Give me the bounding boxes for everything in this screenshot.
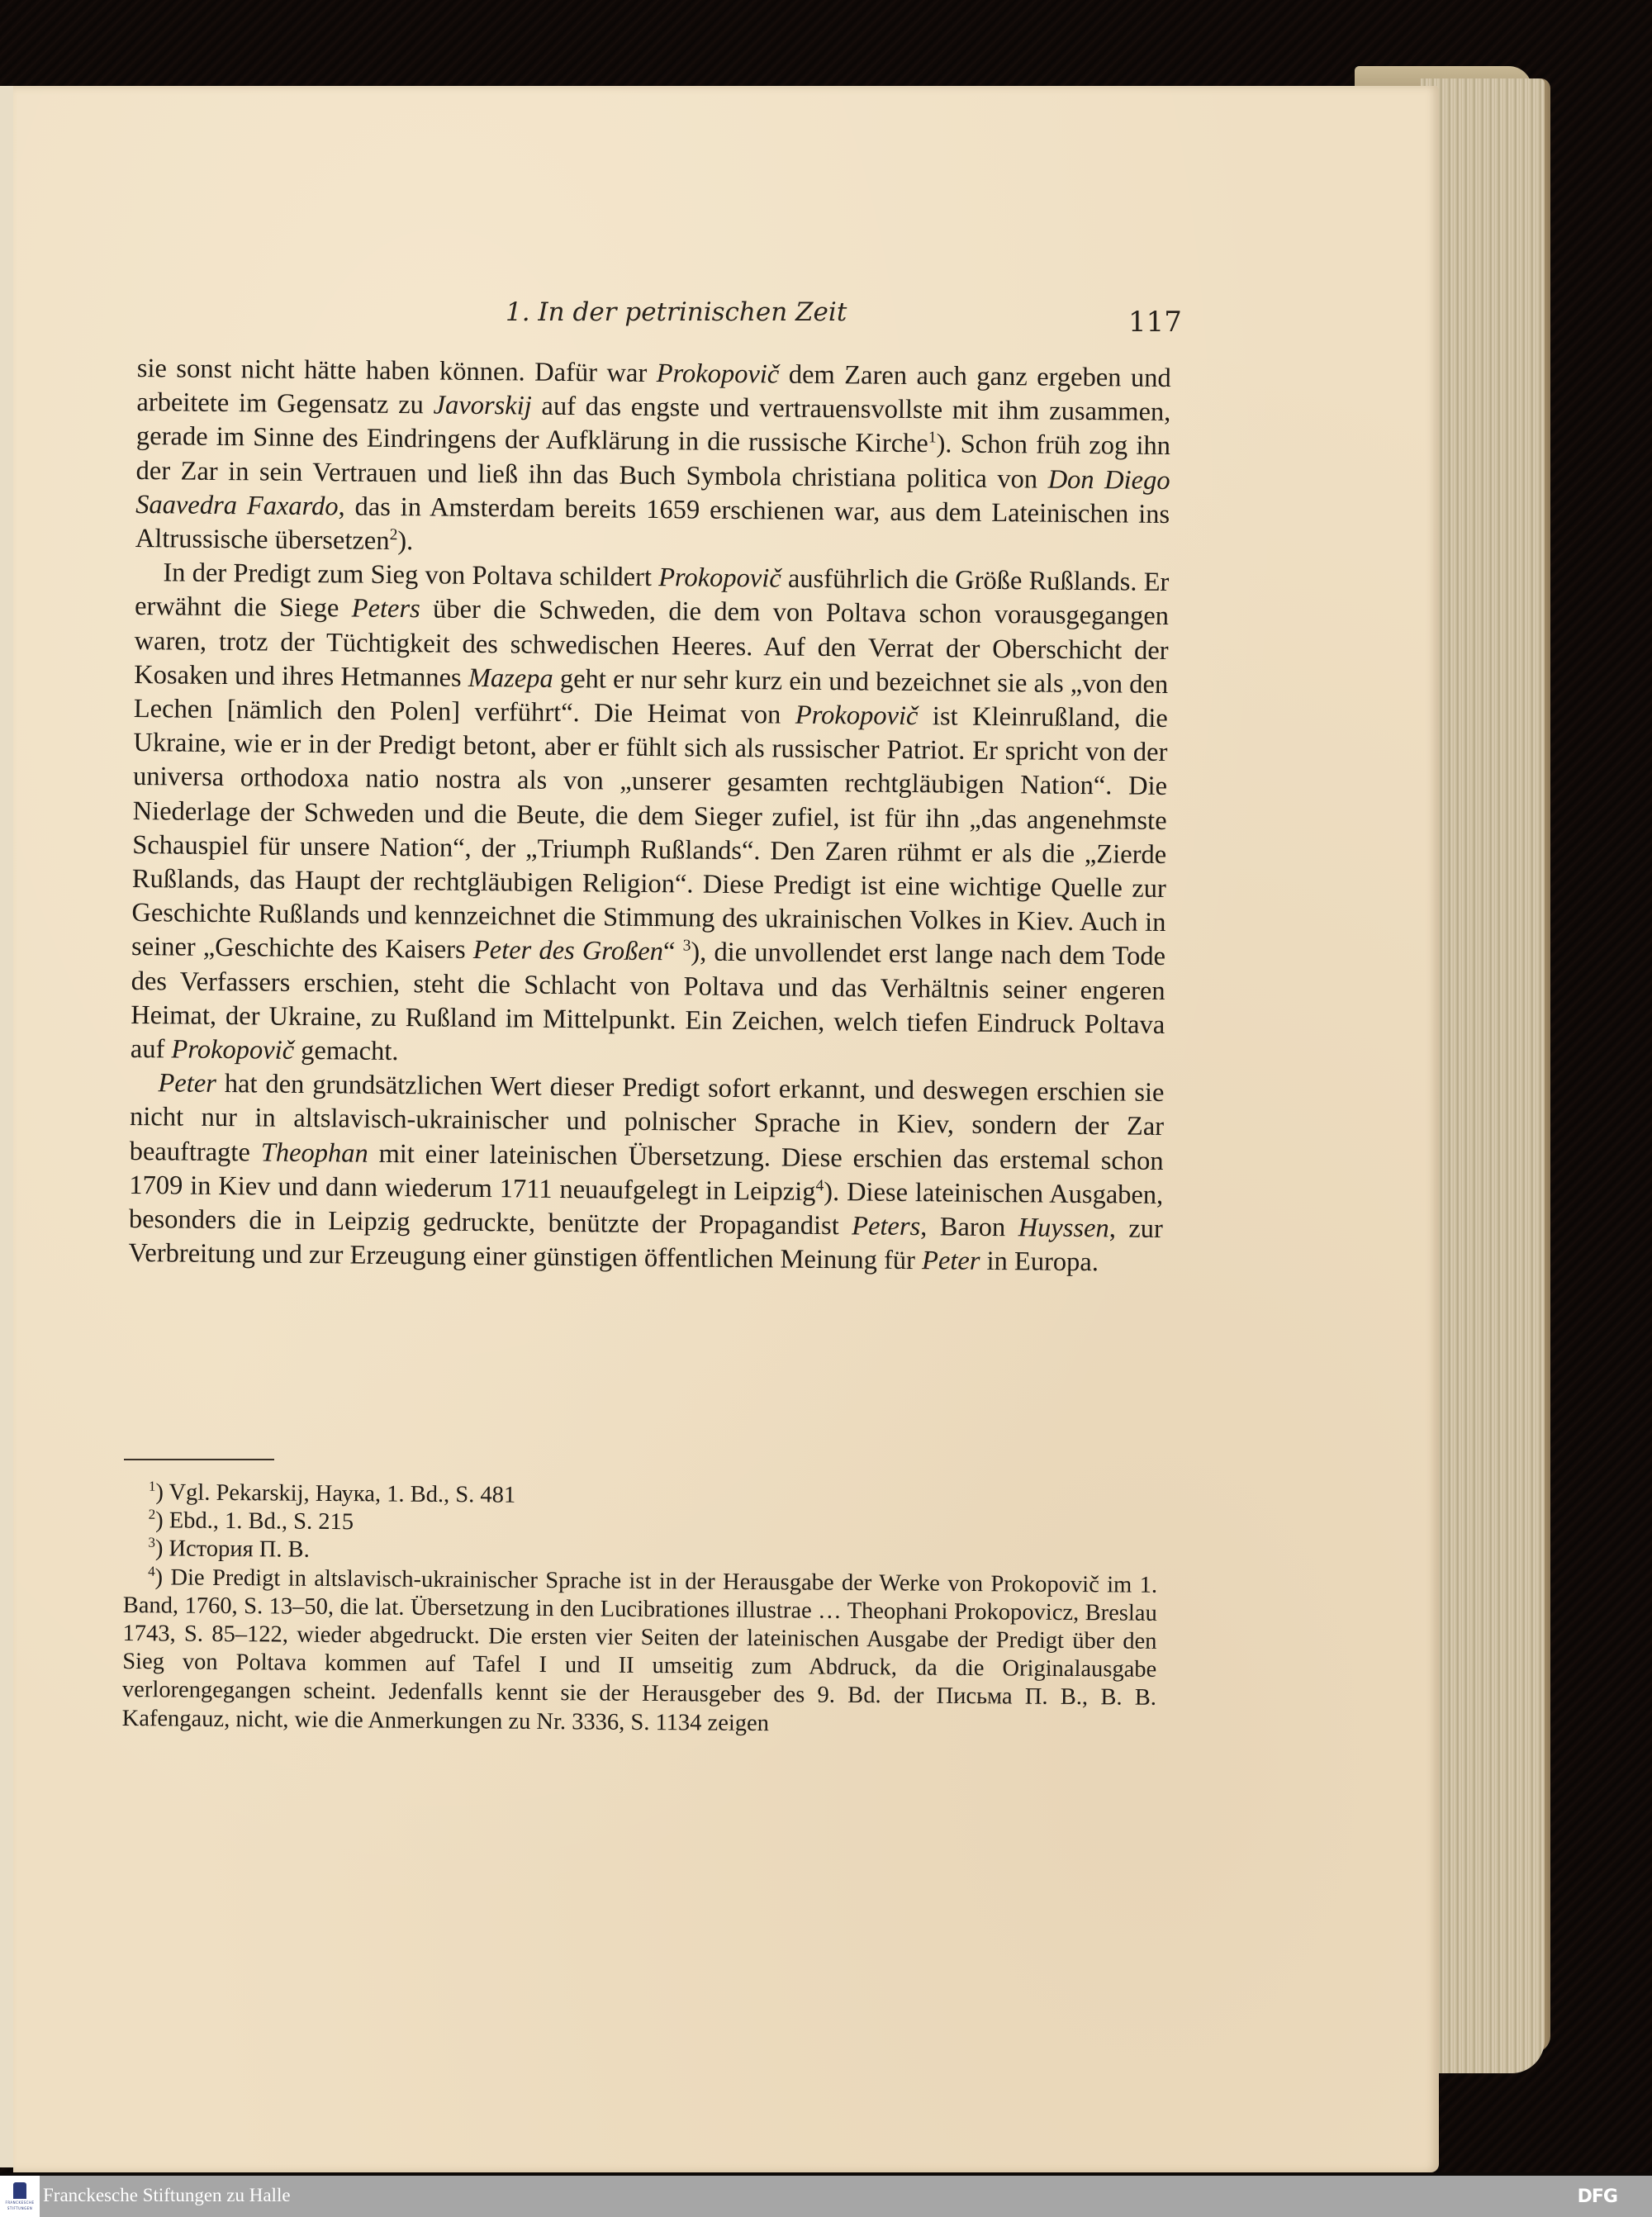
footnotes: 1) Vgl. Pekarskij, Наука, 1. Bd., S. 481…	[122, 1479, 1158, 1741]
body-text: sie sonst nicht hätte haben können. Dafü…	[128, 352, 1171, 1280]
dfg-logo[interactable]: DFG	[1578, 2186, 1617, 2207]
paragraph-3: Peter hat den grundsätzlichen Wert diese…	[128, 1066, 1164, 1280]
running-head: 1. In der petrinischen Zeit	[506, 297, 847, 327]
footnote-divider	[124, 1459, 274, 1460]
page-number: 117	[1128, 306, 1182, 339]
footnote-ref-1[interactable]: 1	[928, 430, 937, 447]
institution-name: Franckesche Stiftungen zu Halle	[43, 2185, 291, 2206]
footnote-ref-2[interactable]: 2	[390, 526, 398, 544]
page-stack-edge	[1421, 78, 1545, 2073]
footnote-ref-3[interactable]: 3	[683, 938, 691, 955]
footnote-ref-4[interactable]: 4	[815, 1177, 824, 1194]
paragraph-1: sie sonst nicht hätte haben können. Dafü…	[135, 352, 1171, 566]
paragraph-2: In der Predigt zum Sieg von Poltava schi…	[131, 556, 1170, 1076]
institution-logo[interactable]: FRANCKESCHE STIFTUNGEN	[0, 2176, 40, 2217]
orphan-house-emblem-icon	[13, 2182, 26, 2199]
footer-bar: FRANCKESCHE STIFTUNGEN Franckesche Stift…	[0, 2176, 1652, 2217]
footnote-4: 4) Die Predigt in altslavisch-ukrainisch…	[122, 1564, 1158, 1741]
